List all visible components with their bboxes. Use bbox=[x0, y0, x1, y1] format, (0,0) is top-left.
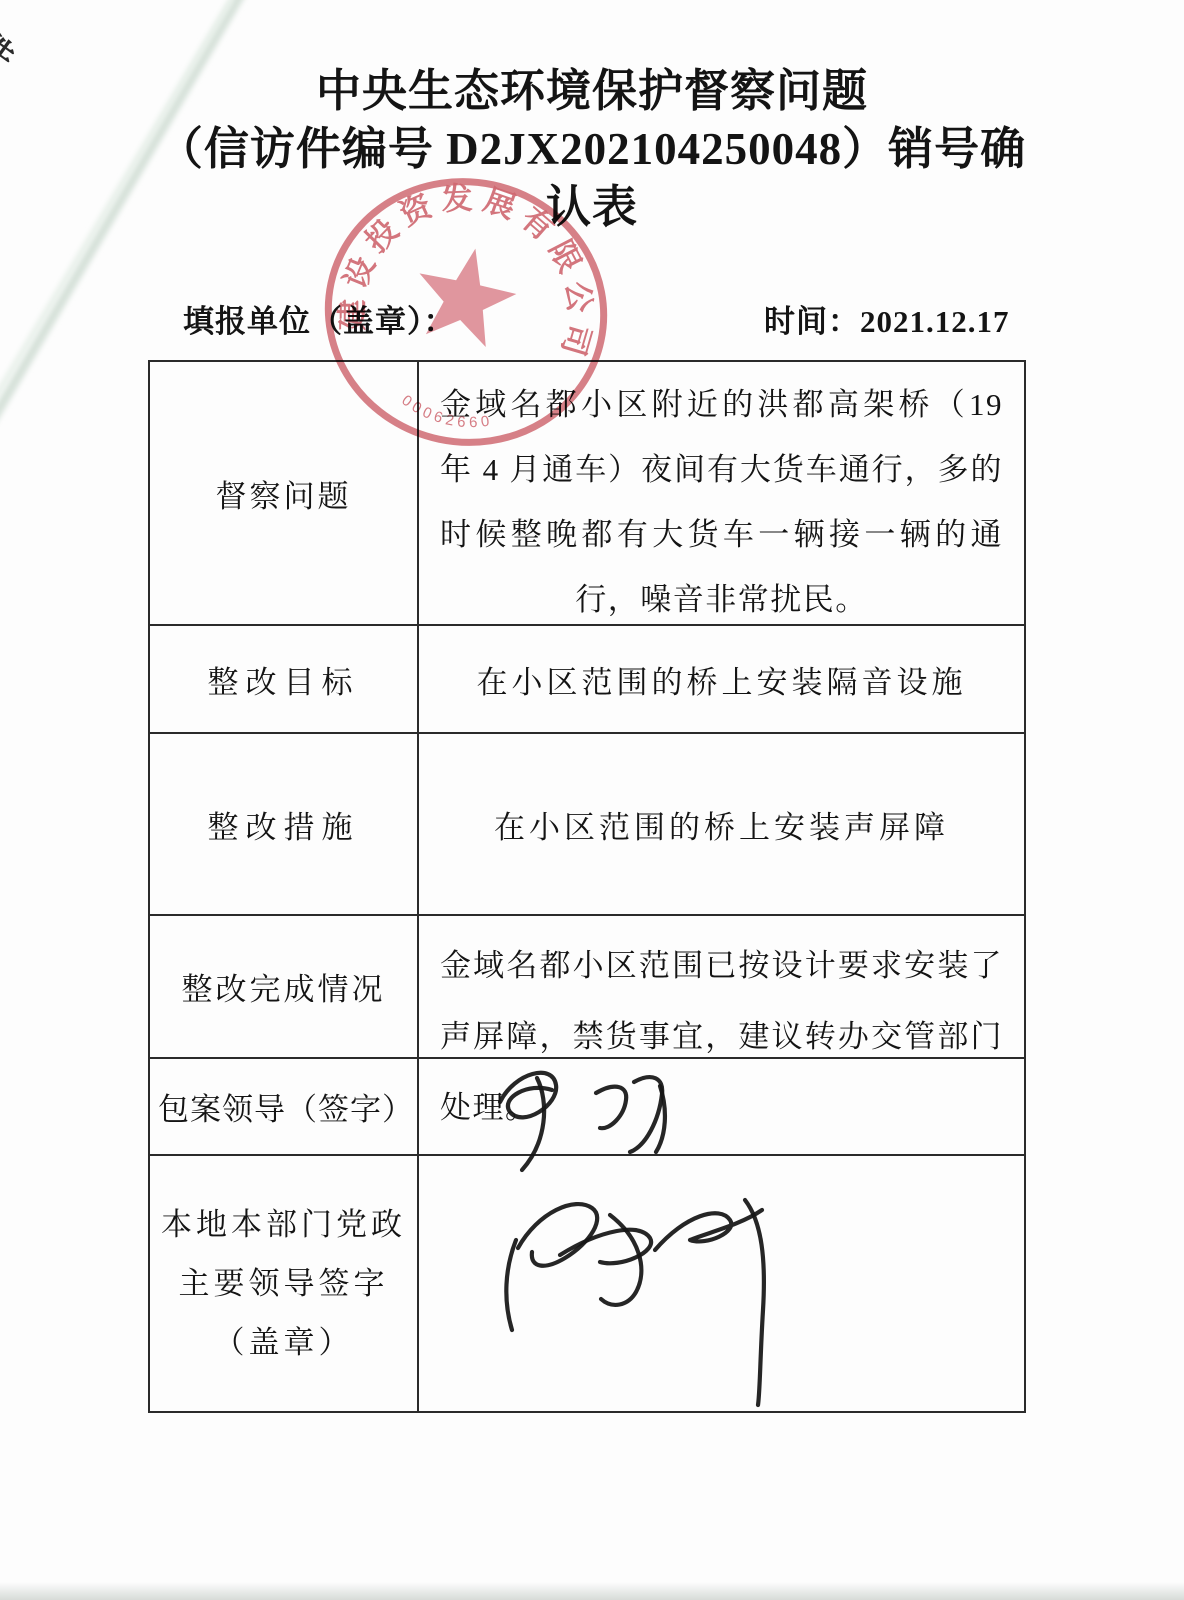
scanned-form-page: 件编号 中央生态环境保护督察问题 （信访件编号 D2JX202104250048… bbox=[0, 0, 1184, 1600]
row-content-measure: 在小区范围的桥上安装声屏障 bbox=[417, 732, 1024, 914]
reporting-unit-label: 填报单位（盖章）： bbox=[183, 296, 456, 341]
party-label-line-3: （盖章） bbox=[161, 1313, 406, 1372]
row-label-goal: 整改目标 bbox=[150, 624, 417, 732]
page-title: 中央生态环境保护督察问题 （信访件编号 D2JX202104250048）销号确… bbox=[0, 62, 1184, 236]
confirmation-table: 督察问题 金域名都小区附近的洪都高架桥（19 年 4 月通车）夜间有大货车通行，… bbox=[148, 360, 1026, 1413]
title-line-1: 中央生态环境保护督察问题 bbox=[0, 62, 1184, 120]
row-label-party-signature: 本地本部门党政 主要领导签字 （盖章） bbox=[150, 1154, 417, 1411]
party-label-line-1: 本地本部门党政 bbox=[161, 1195, 406, 1254]
row-content-party-signature bbox=[417, 1154, 1024, 1411]
scan-bottom-shadow bbox=[0, 1582, 1184, 1600]
title-line-3: 认表 bbox=[0, 178, 1184, 236]
row-label-completion: 整改完成情况 bbox=[150, 914, 417, 1057]
row-content-goal: 在小区范围的桥上安装隔音设施 bbox=[417, 624, 1024, 732]
row-content-completion: 金域名都小区范围已按设计要求安装了声屏障，禁货事宜，建议转办交管部门处理。 bbox=[417, 914, 1024, 1057]
row-label-supervision: 督察问题 bbox=[150, 362, 417, 624]
row-content-supervision: 金域名都小区附近的洪都高架桥（19 年 4 月通车）夜间有大货车通行，多的时候整… bbox=[417, 362, 1024, 624]
party-label-line-2: 主要领导签字 bbox=[161, 1254, 406, 1313]
row-label-measure: 整改措施 bbox=[150, 732, 417, 914]
row-label-leader-signature: 包案领导（签字） bbox=[150, 1057, 417, 1154]
row-content-leader-signature bbox=[417, 1057, 1024, 1154]
report-date: 时间：2021.12.17 bbox=[764, 296, 1010, 341]
title-line-2: （信访件编号 D2JX202104250048）销号确 bbox=[0, 120, 1184, 178]
